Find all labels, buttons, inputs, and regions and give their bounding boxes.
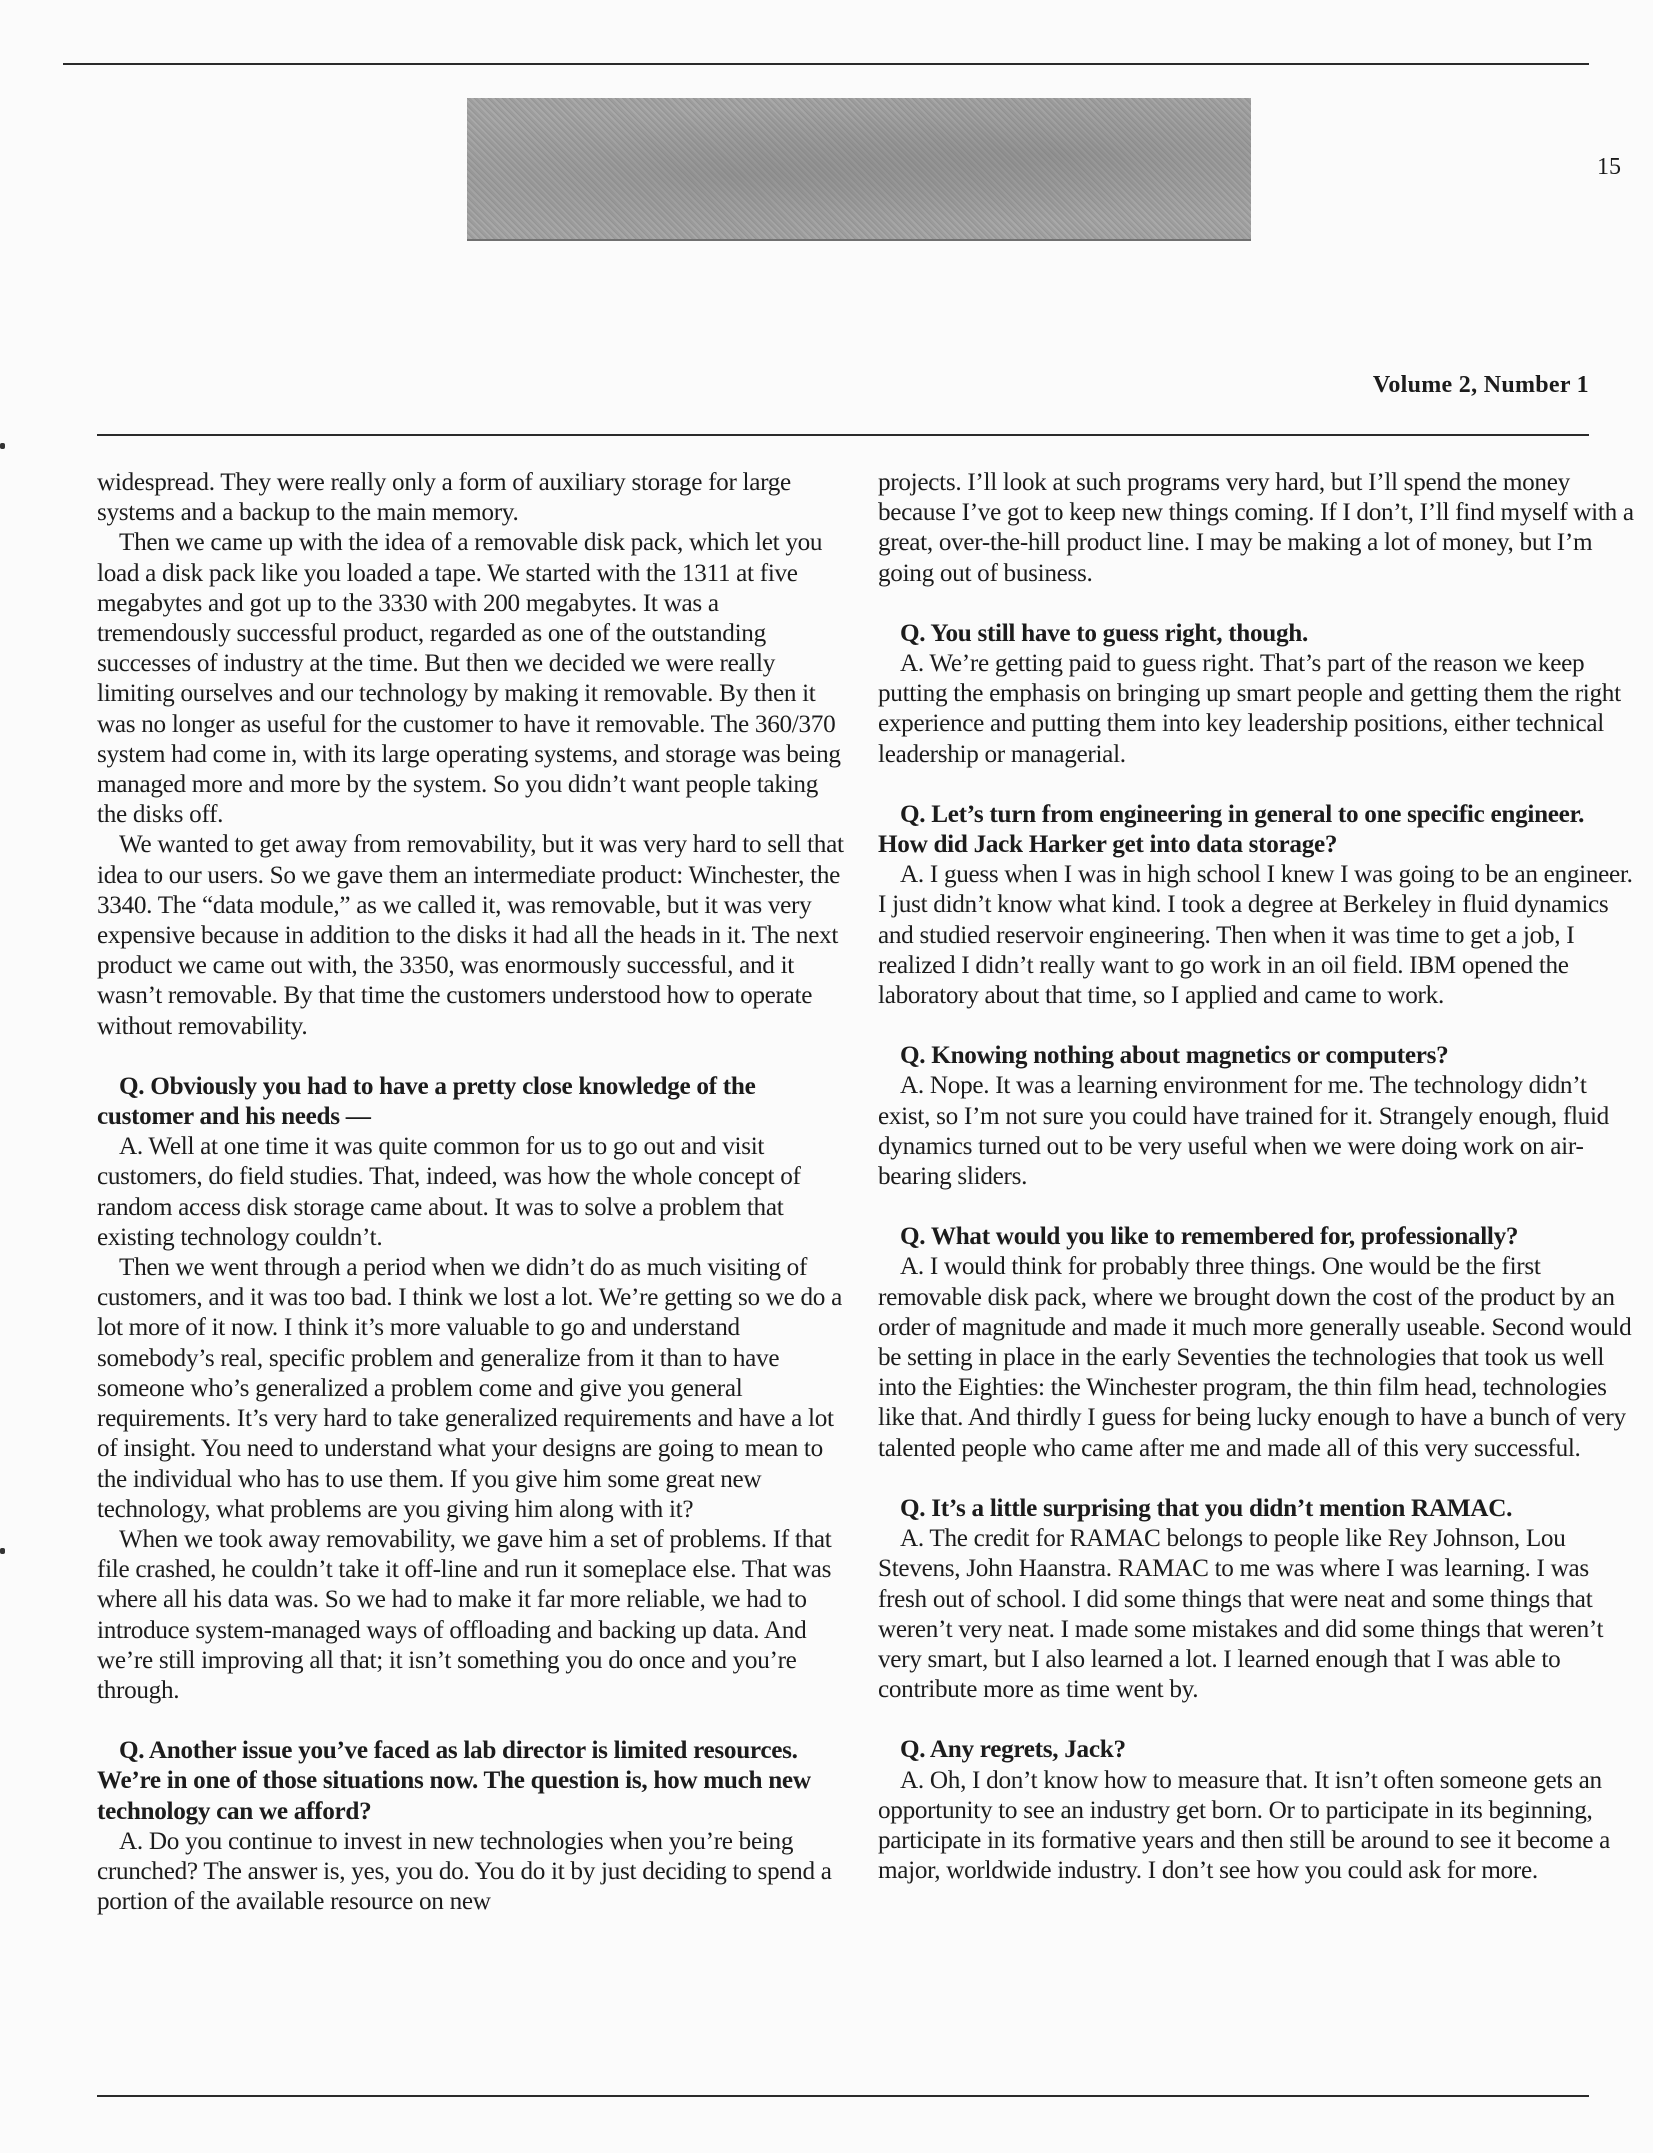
- paragraph: projects. I’ll look at such programs ver…: [878, 468, 1638, 589]
- top-rule: [63, 63, 1589, 65]
- paragraph: When we took away removability, we gave …: [97, 1525, 847, 1706]
- paragraph: widespread. They were really only a form…: [97, 468, 847, 528]
- header-rule: [97, 434, 1589, 436]
- paragraph: Then we came up with the idea of a remov…: [97, 528, 847, 830]
- answer: A. Oh, I don’t know how to measure that.…: [878, 1766, 1638, 1887]
- footer-rule: [97, 2095, 1589, 2097]
- question: Q. What would you like to remembered for…: [878, 1222, 1638, 1252]
- question: Q. Any regrets, Jack?: [878, 1735, 1638, 1765]
- answer: A. We’re getting paid to guess right. Th…: [878, 649, 1638, 770]
- question: Q. Let’s turn from engineering in genera…: [878, 800, 1638, 860]
- question: Q. Knowing nothing about magnetics or co…: [878, 1041, 1638, 1071]
- left-column: widespread. They were really only a form…: [97, 468, 847, 1917]
- margin-mark: [0, 443, 5, 449]
- paragraph: We wanted to get away from removability,…: [97, 830, 847, 1041]
- question: Q. It’s a little surprising that you did…: [878, 1494, 1638, 1524]
- margin-mark: [0, 1548, 5, 1554]
- question: Q. Another issue you’ve faced as lab dir…: [97, 1736, 847, 1827]
- right-column: projects. I’ll look at such programs ver…: [878, 468, 1638, 1886]
- answer: A. Do you continue to invest in new tech…: [97, 1827, 847, 1918]
- page-number: 15: [1597, 154, 1621, 181]
- answer: A. Well at one time it was quite common …: [97, 1132, 847, 1253]
- answer: A. I would think for probably three thin…: [878, 1252, 1638, 1463]
- paragraph: Then we went through a period when we di…: [97, 1253, 847, 1525]
- question: Q. Obviously you had to have a pretty cl…: [97, 1072, 847, 1132]
- answer: A. Nope. It was a learning environment f…: [878, 1071, 1638, 1192]
- volume-label: Volume 2, Number 1: [1373, 372, 1589, 399]
- answer: A. The credit for RAMAC belongs to peopl…: [878, 1524, 1638, 1705]
- question: Q. You still have to guess right, though…: [878, 619, 1638, 649]
- answer: A. I guess when I was in high school I k…: [878, 860, 1638, 1011]
- header-photo-placeholder: [467, 98, 1251, 241]
